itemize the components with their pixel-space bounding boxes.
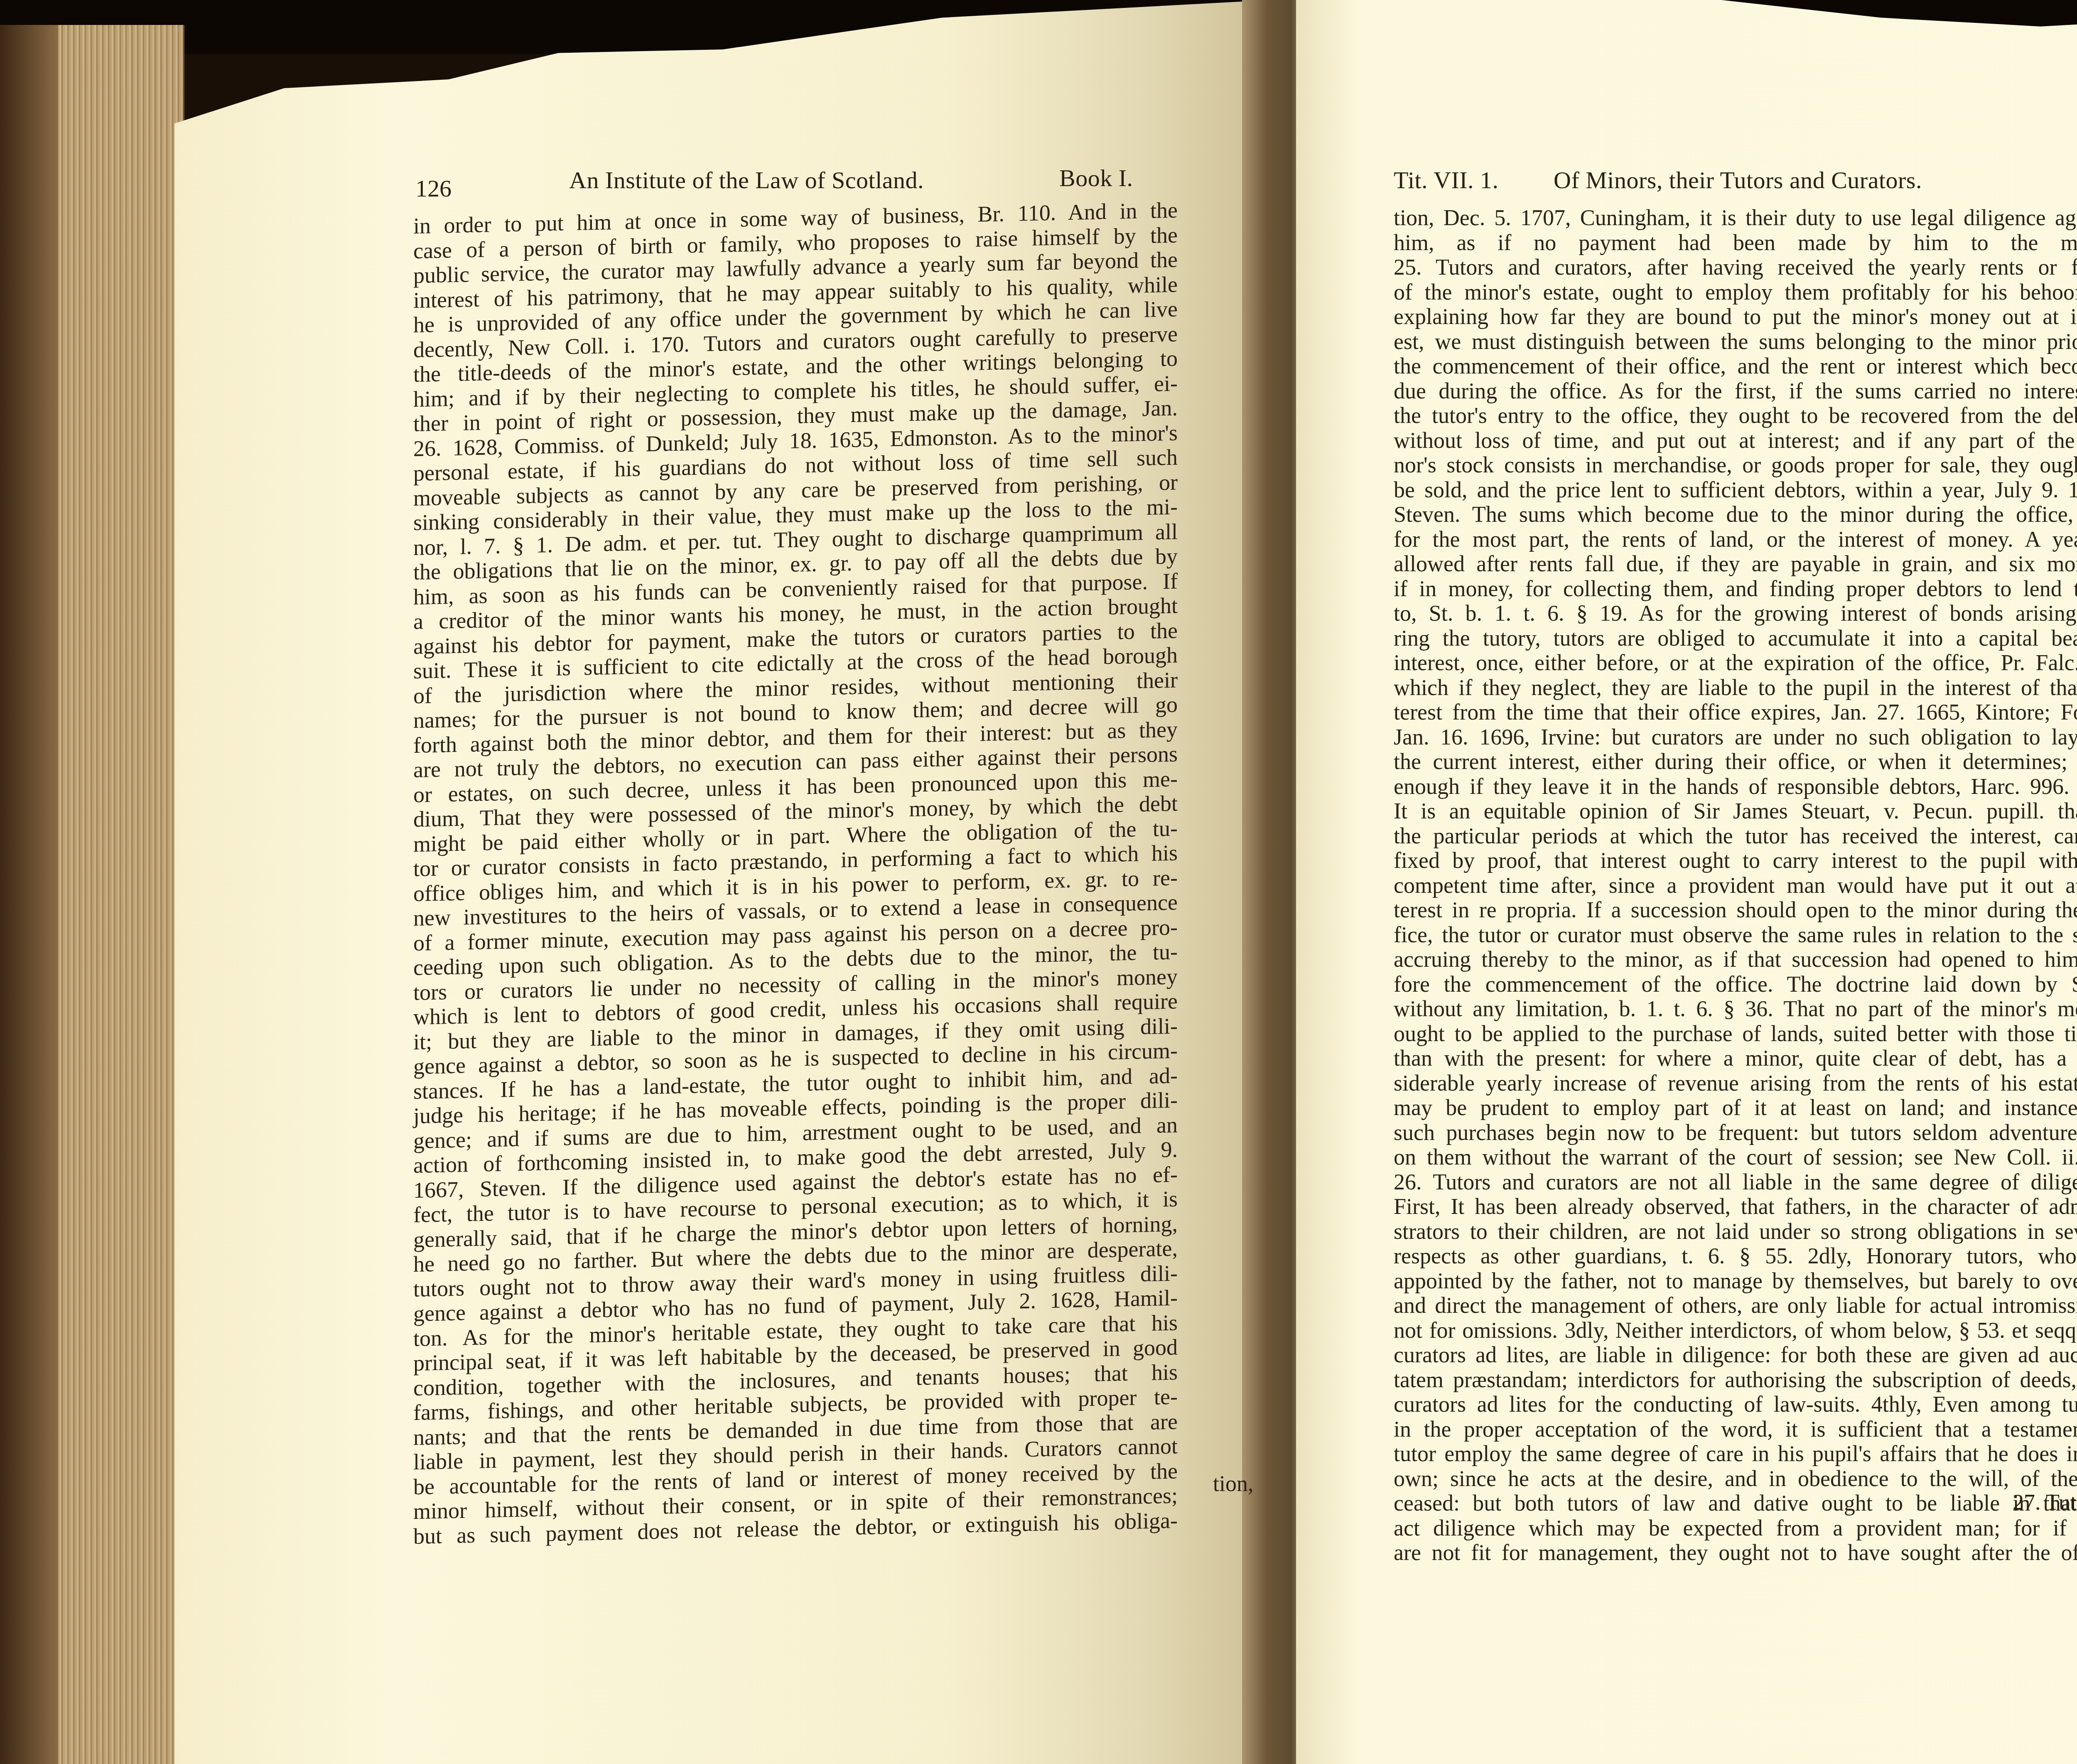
text-line: may be prudent to employ part of it at l…	[1394, 1096, 2077, 1120]
text-line: act diligence which may be expected from…	[1394, 1516, 2077, 1541]
text-line: own; since he acts at the desire, and in…	[1394, 1467, 2077, 1491]
text-line: explaining how far they are bound to put…	[1394, 305, 2077, 329]
text-line: ought to be applied to the purchase of l…	[1394, 1022, 2077, 1047]
text-line: fore the commencement of the office. The…	[1394, 972, 2077, 997]
text-line: respects as other guardians, t. 6. § 55.…	[1394, 1244, 2077, 1269]
left-page-text: in order to put him at once in some way …	[413, 198, 1178, 1549]
page-fore-edge	[0, 25, 184, 1764]
text-line: for the most part, the rents of land, or…	[1394, 527, 2077, 552]
text-line: allowed after rents fall due, if they ar…	[1394, 552, 2077, 577]
text-line: the tutor's entry to the office, they ou…	[1394, 403, 2077, 428]
text-line: to, St. b. 1. t. 6. § 19. As for the gro…	[1394, 601, 2077, 626]
text-line: enough if they leave it in the hands of …	[1394, 774, 2077, 799]
text-line: not for omissions. 3dly, Neither interdi…	[1394, 1318, 2077, 1343]
right-page-text: tion, Dec. 5. 1707, Cuningham, it is the…	[1394, 206, 2077, 1565]
text-line: curators ad lites for the conducting of …	[1394, 1392, 2077, 1417]
text-line: tion, Dec. 5. 1707, Cuningham, it is the…	[1394, 206, 2077, 231]
text-line: strators to their children, are not laid…	[1394, 1219, 2077, 1244]
text-line: due during the office. As for the first,…	[1394, 379, 2077, 404]
text-line: 26. Tutors and curators are not all liab…	[1394, 1170, 2077, 1195]
text-line: nor's stock consists in merchandise, or …	[1394, 453, 2077, 478]
text-line: without any limitation, b. 1. t. 6. § 36…	[1394, 997, 2077, 1022]
text-line: him, as if no payment had been made by h…	[1394, 231, 2077, 256]
text-line: fixed by proof, that interest ought to c…	[1394, 848, 2077, 873]
text-line: on them without the warrant of the court…	[1394, 1145, 2077, 1170]
right-catchword: 27. Tutors	[2013, 1489, 2077, 1515]
text-line: terest from the time that their office e…	[1394, 700, 2077, 725]
text-line: It is an equitable opinion of Sir James …	[1394, 799, 2077, 824]
text-line: such purchases begin now to be frequent:…	[1394, 1120, 2077, 1145]
right-running-title: Of Minors, their Tutors and Curators.	[1554, 166, 1922, 194]
text-line: curators ad lites, are liable in diligen…	[1394, 1343, 2077, 1368]
text-line: appointed by the father, not to manage b…	[1394, 1269, 2077, 1294]
text-line: ring the tutory, tutors are obliged to a…	[1394, 626, 2077, 651]
left-page-number: 126	[415, 174, 452, 202]
book-label: Book I.	[1059, 164, 1133, 192]
text-line: than with the present: for where a minor…	[1394, 1046, 2077, 1071]
text-line: siderable yearly increase of revenue ari…	[1394, 1071, 2077, 1096]
text-line: 25. Tutors and curators, after having re…	[1394, 255, 2077, 280]
text-line: be sold, and the price lent to sufficien…	[1394, 478, 2077, 503]
text-line: Jan. 16. 1696, Irvine: but curators are …	[1394, 725, 2077, 750]
open-book-spread: 126 An Institute of the Law of Scotland.…	[0, 0, 2077, 1764]
text-line: est, we must distinguish between the sum…	[1394, 329, 2077, 354]
text-line: without loss of time, and put out at int…	[1394, 428, 2077, 453]
left-running-title: An Institute of the Law of Scotland.	[569, 166, 924, 194]
text-line: Steven. The sums which become due to the…	[1394, 502, 2077, 527]
text-line: the commencement of their office, and th…	[1394, 354, 2077, 379]
text-line: competent time after, since a provident …	[1394, 873, 2077, 898]
text-line: First, It has been already observed, tha…	[1394, 1194, 2077, 1219]
text-line: interest, once, either before, or at the…	[1394, 651, 2077, 676]
text-line: the particular periods at which the tuto…	[1394, 824, 2077, 849]
text-line: accruing thereby to the minor, as if tha…	[1394, 947, 2077, 972]
text-line: which if they neglect, they are liable t…	[1394, 676, 2077, 700]
text-line: in the proper acceptation of the word, i…	[1394, 1417, 2077, 1442]
text-line: tutor employ the same degree of care in …	[1394, 1442, 2077, 1467]
text-line: tatem præstandam; interdictors for autho…	[1394, 1368, 2077, 1393]
text-line: terest in re propria. If a succession sh…	[1394, 898, 2077, 923]
text-line: fice, the tutor or curator must observe …	[1394, 923, 2077, 948]
title-reference: Tit. VII. 1.	[1394, 166, 1499, 194]
text-line: are not fit for management, they ought n…	[1394, 1540, 2077, 1565]
text-line: the current interest, either during thei…	[1394, 749, 2077, 774]
text-line: if in money, for collecting them, and fi…	[1394, 577, 2077, 602]
left-catchword: tion,	[1213, 1471, 1254, 1496]
text-line: and direct the management of others, are…	[1394, 1293, 2077, 1318]
text-line: ceased: but both tutors of law and dativ…	[1394, 1491, 2077, 1516]
text-line: of the minor's estate, ought to employ t…	[1394, 280, 2077, 305]
